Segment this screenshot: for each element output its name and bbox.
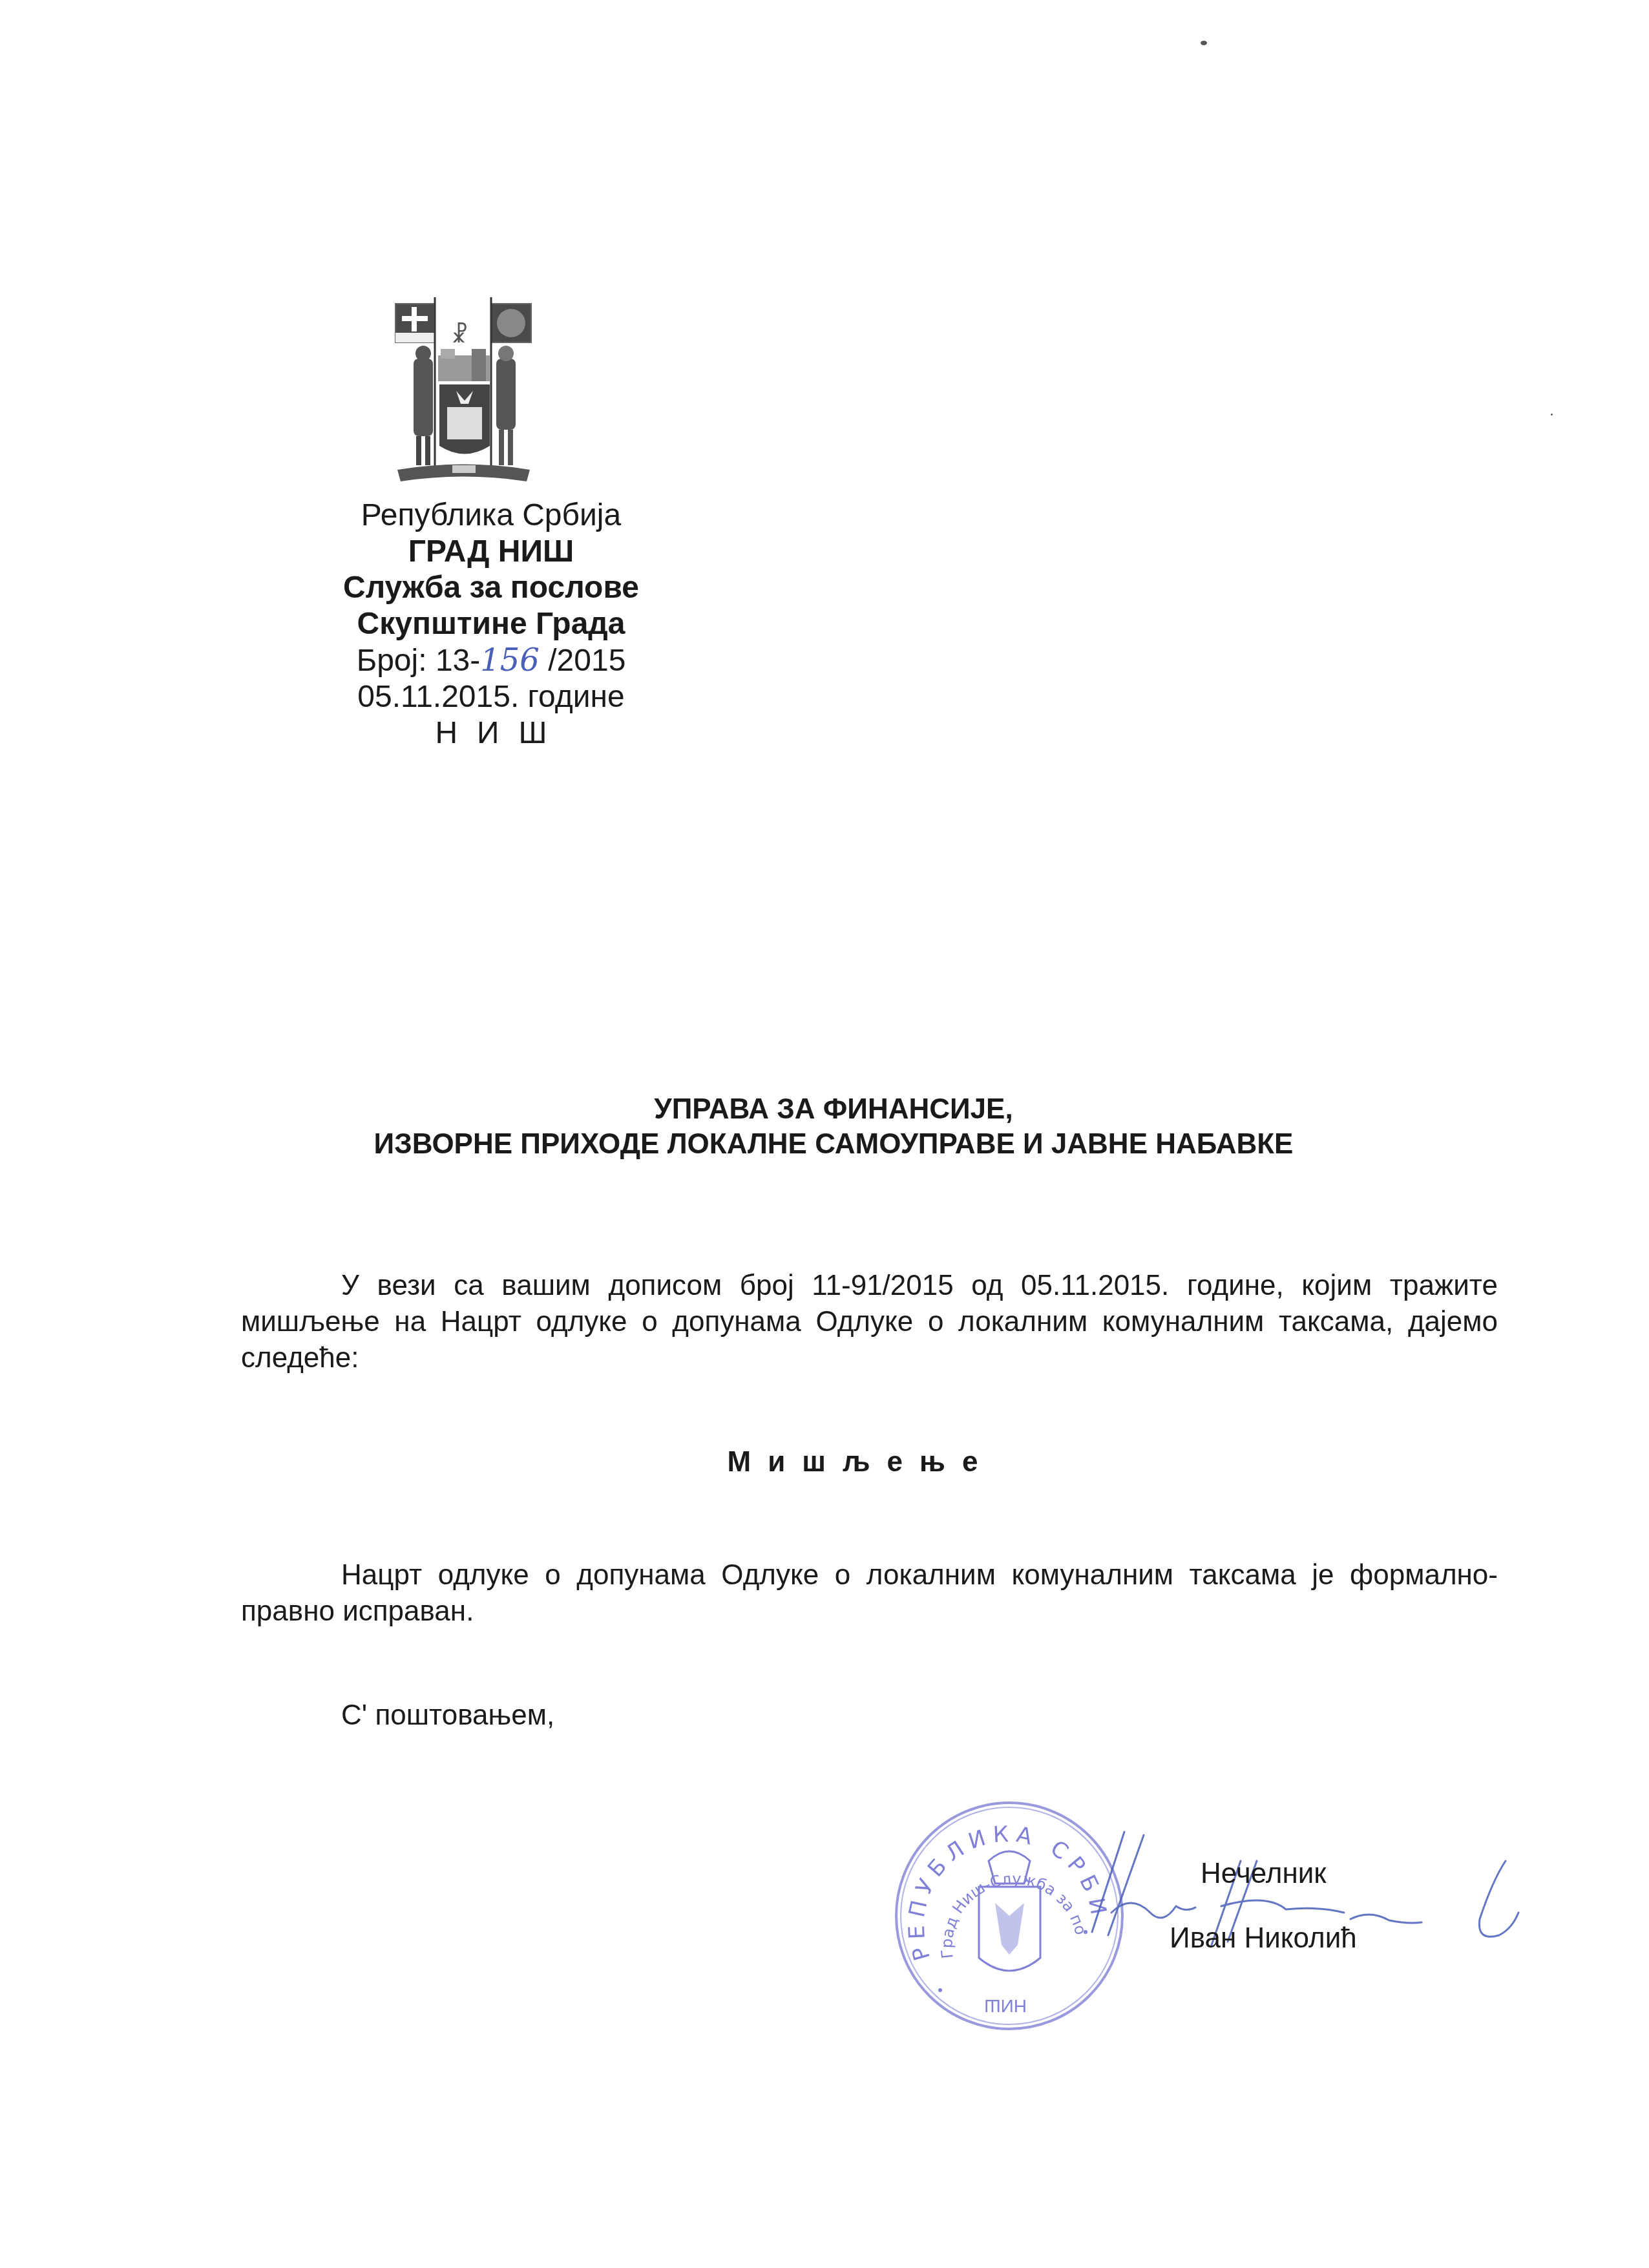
svg-text:☧: ☧ xyxy=(451,322,468,348)
document-date: 05.11.2015. године xyxy=(310,679,672,715)
closing-salutation: С' поштовањем, xyxy=(341,1699,554,1732)
recipient-line-1: УПРАВА ЗА ФИНАНСИЈЕ, xyxy=(233,1092,1434,1127)
place: НИШ xyxy=(310,715,672,751)
department-line-1: Служба за послове xyxy=(310,570,672,606)
reference-number-suffix: /2015 xyxy=(540,644,625,678)
body-paragraph-1: У вези са вашим дописом број 11-91/2015 … xyxy=(241,1268,1498,1376)
city-name: ГРАД НИШ xyxy=(310,534,672,570)
letterhead: Република Србија ГРАД НИШ Служба за посл… xyxy=(310,498,672,751)
reference-number-prefix: Број: 13- xyxy=(357,644,481,678)
recipient: УПРАВА ЗА ФИНАНСИЈЕ, ИЗВОРНЕ ПРИХОДЕ ЛОК… xyxy=(233,1092,1434,1162)
opinion-heading: Мишљење xyxy=(233,1446,1489,1478)
scan-speck xyxy=(1551,414,1553,415)
stamp-bottom-text: НИШ xyxy=(984,1996,1027,2016)
signatory-name: Иван Николић xyxy=(1170,1922,1357,1955)
paragraph-1-text: У вези са вашим дописом број 11-91/2015 … xyxy=(241,1270,1498,1374)
reference-number: Број: 13-156 /2015 xyxy=(310,642,672,679)
body-paragraph-2: Нацрт одлуке о допунама Одлуке о локални… xyxy=(241,1557,1498,1630)
city-coat-of-arms: ☧ xyxy=(394,294,533,488)
country-name: Република Србија xyxy=(310,498,672,534)
handwritten-number: 156 xyxy=(480,642,540,678)
signatory-title: Нечелник xyxy=(1201,1858,1327,1890)
scan-speck xyxy=(1201,41,1207,45)
department-line-2: Скупштине Града xyxy=(310,606,672,642)
paragraph-2-text: Нацрт одлуке о допунама Одлуке о локални… xyxy=(241,1559,1498,1627)
recipient-line-2: ИЗВОРНЕ ПРИХОДЕ ЛОКАЛНЕ САМОУПРАВЕ И ЈАВ… xyxy=(233,1127,1434,1162)
